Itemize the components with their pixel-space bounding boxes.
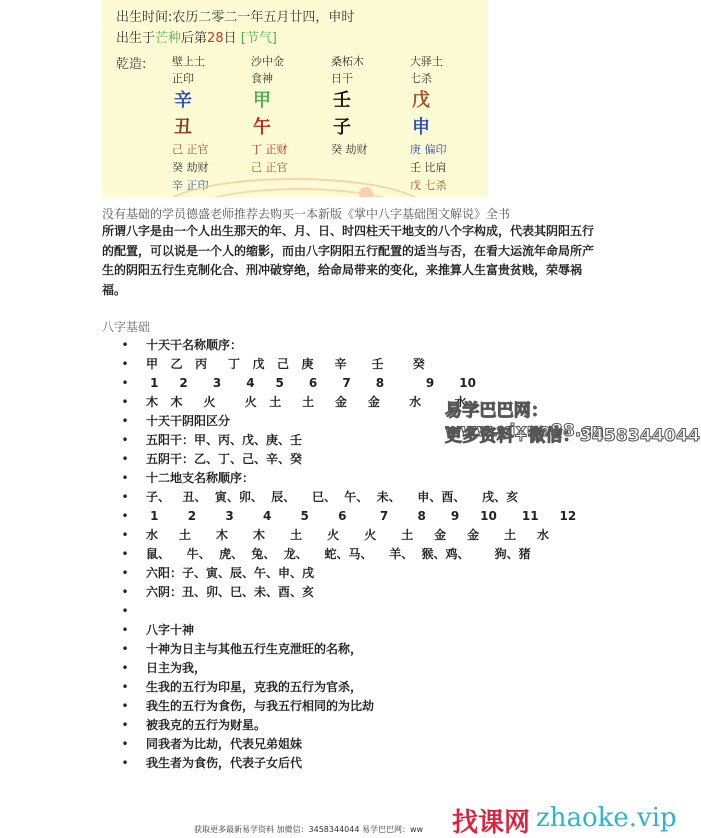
birth-time: 出生时间:农历二零二一年五月廿四，申时	[116, 6, 354, 25]
zhaoke-logo-cn: 找课网	[452, 802, 530, 838]
bullet-icon: •	[120, 697, 130, 716]
pillar-day: 桑柘木 日干 壬 子 癸 劫财	[331, 53, 411, 159]
birth-after-prefix: 出生于	[116, 31, 155, 46]
bullet-icon: •	[120, 412, 130, 431]
watermark-wechat: 更多资料+微信：3458344044	[445, 421, 700, 446]
ten-god: 正印	[172, 70, 252, 87]
days-count: 28	[207, 31, 224, 46]
bullet-icon: •	[120, 526, 130, 545]
bullet-icon: •	[120, 507, 130, 526]
nayin: 桑柘木	[331, 53, 411, 70]
decorative-dot	[359, 187, 373, 197]
nayin: 沙中金	[251, 53, 331, 70]
jieqi-link[interactable]: [节气]	[241, 31, 277, 46]
hidden-stem: 癸 劫财	[331, 141, 411, 159]
earthly-branch: 子	[333, 114, 411, 141]
nayin: 壁上土	[172, 53, 252, 70]
zhaoke-logo-en: zhaoke.vip	[536, 803, 677, 833]
bullet-icon: •	[120, 735, 130, 754]
intro-paragraph: 所谓八字是由一个人出生那天的年、月、日、时四柱天干地支的八个字构成，代表其阴阳五…	[102, 222, 602, 300]
hidden-stem: 癸 劫财	[172, 159, 252, 177]
bullet-icon: •	[120, 545, 130, 564]
birth-after-term: 出生于芒种后第28日 [节气]	[116, 27, 277, 46]
bullet-icon: •	[120, 336, 130, 355]
bazi-chart-panel: 出生时间:农历二零二一年五月廿四，申时 出生于芒种后第28日 [节气] 乾造: …	[102, 0, 488, 197]
bullet-icon: •	[120, 716, 130, 735]
nayin: 大驿土	[410, 53, 488, 70]
footer-text: 获取更多最新易学资料 加微信：3458344044 易学巴巴网：ww	[194, 824, 423, 835]
bullet-icon: •	[120, 431, 130, 450]
bullet-icon: •	[120, 488, 130, 507]
book-recommendation: 没有基础的学员德盛老师推荐去购买一本新版《掌中八字基础图文解说》全书	[102, 205, 510, 222]
bullet-icon: •	[120, 564, 130, 583]
birth-after-mid: 后第	[181, 31, 207, 46]
heavenly-stem: 甲	[253, 87, 331, 114]
bullet-icon: •	[120, 640, 130, 659]
bullet-icon: •	[120, 754, 130, 773]
hidden-stem: 丁 正财	[251, 141, 331, 159]
hidden-stem: 己 正官	[172, 141, 252, 159]
earthly-branch: 申	[412, 114, 488, 141]
ten-god: 日干	[331, 70, 411, 87]
bullet-icon: •	[120, 450, 130, 469]
heavenly-stem: 辛	[174, 87, 252, 114]
birth-after-suffix: 日	[224, 31, 237, 46]
bullet-icon: •	[120, 583, 130, 602]
ten-god: 食神	[251, 70, 331, 87]
solar-term: 芒种	[155, 31, 181, 46]
bullet-icon: •	[120, 659, 130, 678]
bullet-icon: •	[120, 602, 130, 621]
bullet-icon: •	[120, 393, 130, 412]
heavenly-stem: 壬	[333, 87, 411, 114]
bullet-icon: •	[120, 355, 130, 374]
pillar-hour: 大驿土 七杀 戊 申 庚 偏印 壬 比肩 戊 七杀	[410, 53, 488, 195]
bullet-icon: •	[120, 469, 130, 488]
pillar-year: 壁上土 正印 辛 丑 己 正官 癸 劫财 辛 正印	[172, 53, 252, 195]
pillar-month: 沙中金 食神 甲 午 丁 正财 己 正官	[251, 53, 331, 177]
earthly-branch: 丑	[174, 114, 252, 141]
hidden-stem: 戊 七杀	[410, 177, 488, 195]
ten-god: 七杀	[410, 70, 488, 87]
earthly-branch: 午	[253, 114, 331, 141]
bullet-icon: •	[120, 374, 130, 393]
section-title: 八字基础	[102, 318, 150, 335]
bullet-icon: •	[120, 678, 130, 697]
heavenly-stem: 戊	[412, 87, 488, 114]
hidden-stem: 己 正官	[251, 159, 331, 177]
hidden-stem: 庚 偏印	[410, 141, 488, 159]
bullet-icon: •	[120, 621, 130, 640]
hidden-stem: 壬 比肩	[410, 159, 488, 177]
qianzao-label: 乾造:	[116, 53, 146, 72]
